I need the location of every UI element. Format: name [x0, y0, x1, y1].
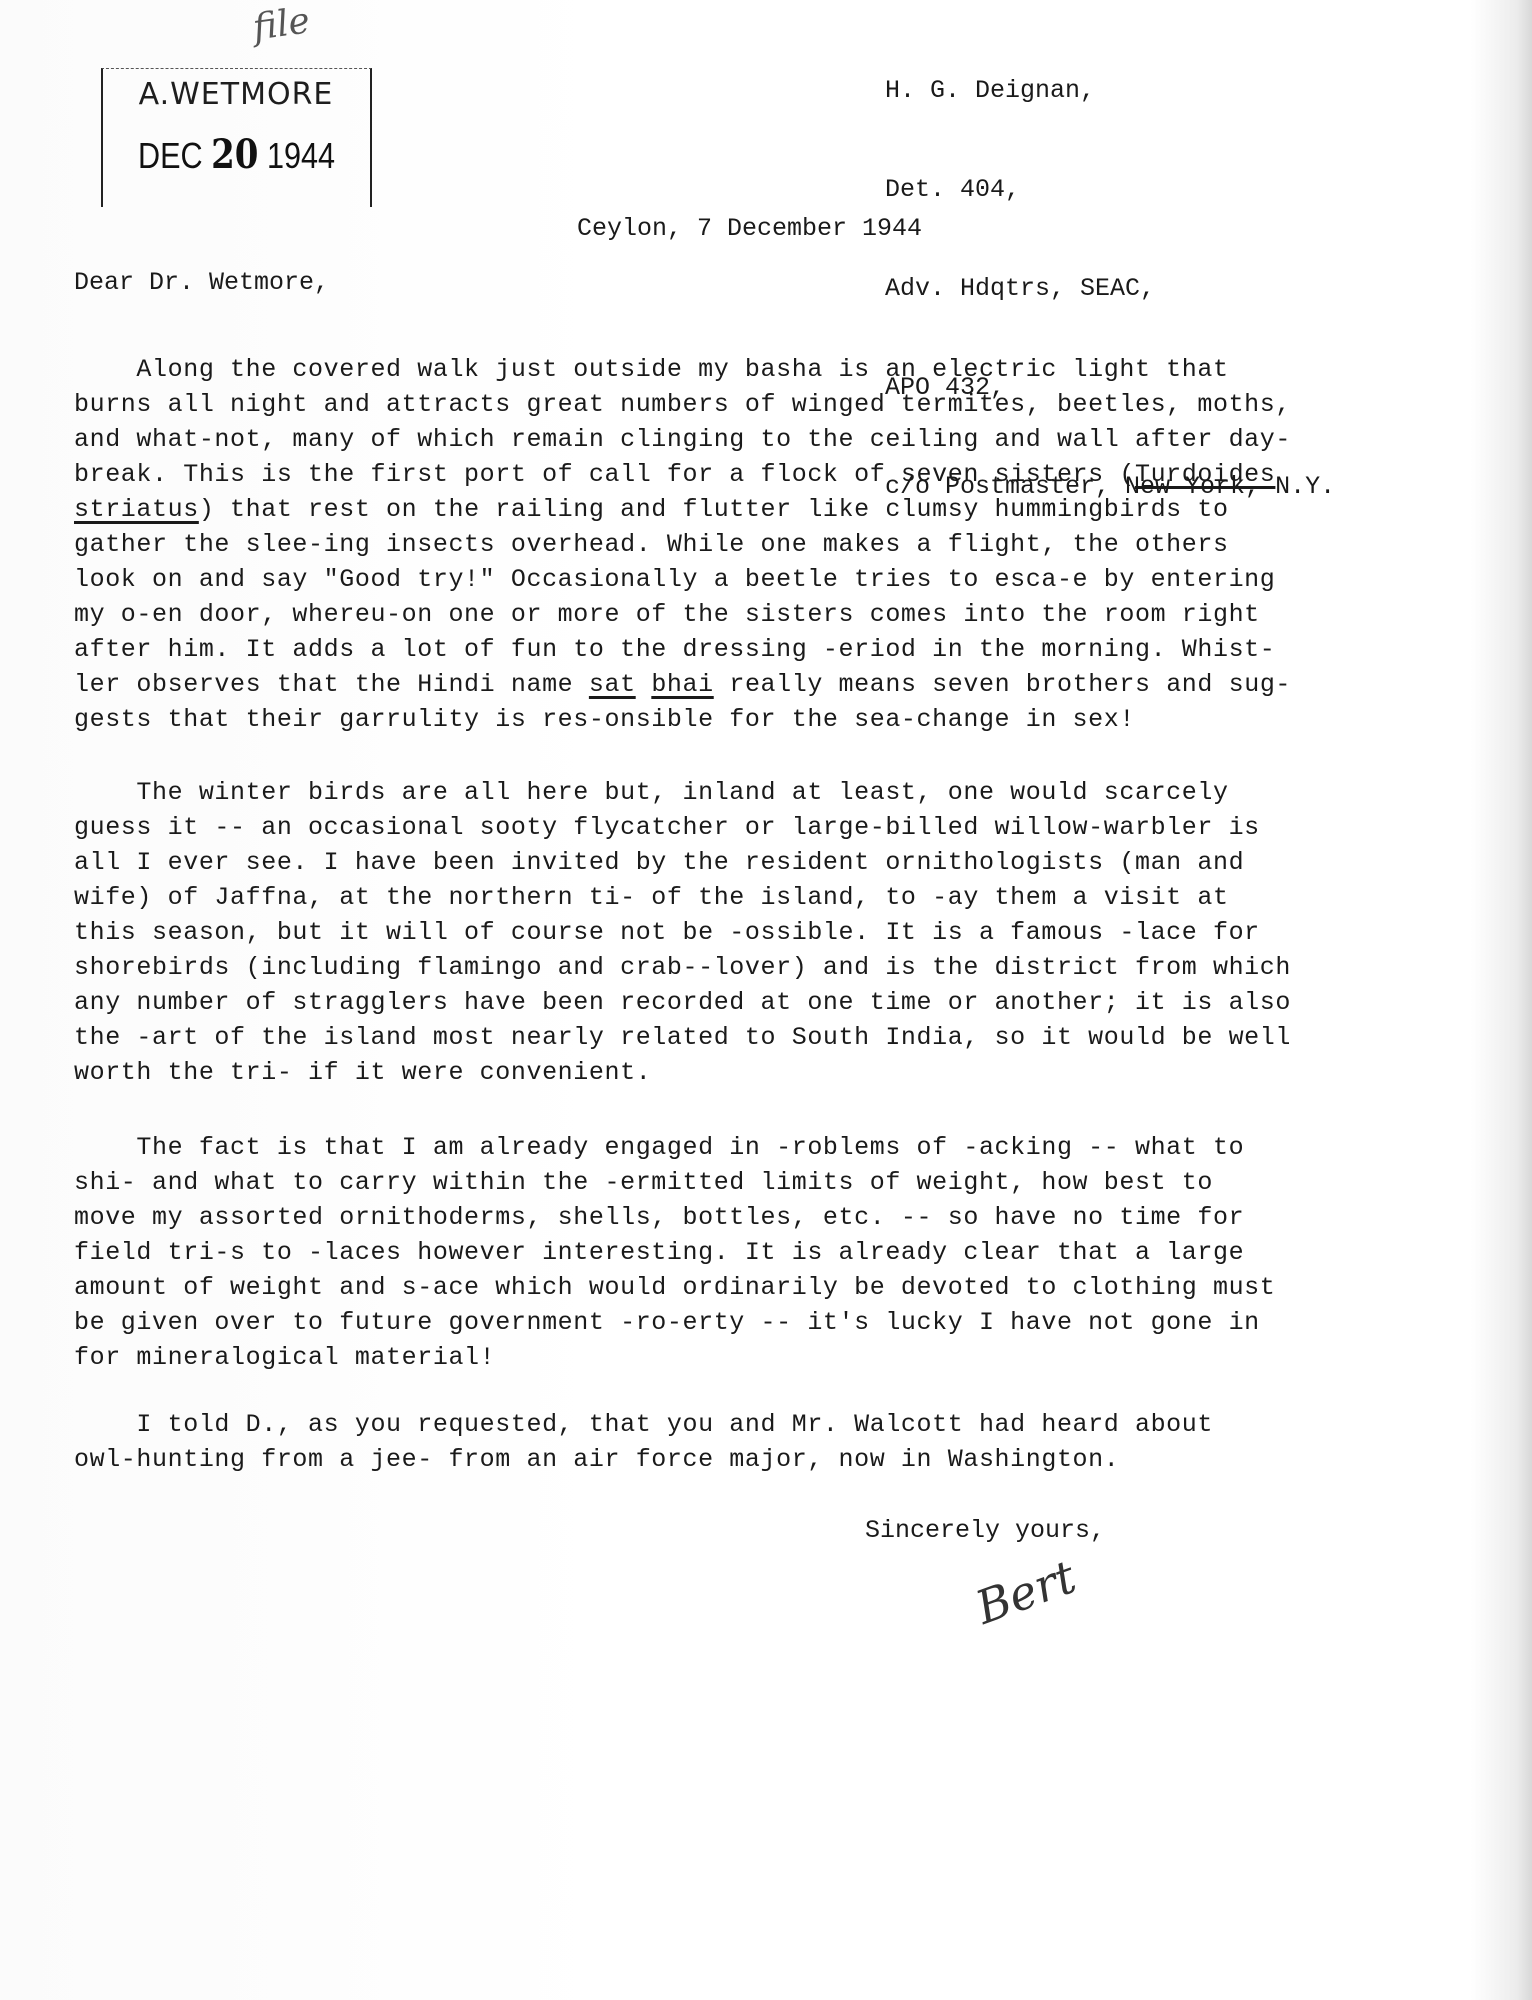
text-line: gather the slee-ing insects overhead. Wh…: [74, 527, 1291, 562]
letter-page: file A.WETMORE DEC 20 1944 H. G. Deignan…: [0, 0, 1532, 2000]
received-stamp: A.WETMORE DEC 20 1944: [101, 68, 372, 207]
text-line: owl-hunting from a jee- from an air forc…: [74, 1442, 1213, 1477]
text-line: and what-not, many of which remain cling…: [74, 422, 1291, 457]
letter-dateline: Ceylon, 7 December 1944: [577, 214, 922, 243]
underlined-term: sat: [589, 670, 636, 699]
signature: Bert: [969, 1549, 1083, 1634]
text-line: The winter birds are all here but, inlan…: [74, 775, 1291, 810]
text-line: The fact is that I am already engaged in…: [74, 1130, 1275, 1165]
text-line: amount of weight and s-ace which would o…: [74, 1270, 1275, 1305]
text-line: any number of stragglers have been recor…: [74, 985, 1291, 1020]
stamp-date: DEC 20 1944: [123, 131, 350, 178]
paragraph-4: I told D., as you requested, that you an…: [74, 1407, 1213, 1477]
closing: Sincerely yours,: [865, 1516, 1105, 1545]
paragraph-3: The fact is that I am already engaged in…: [74, 1130, 1275, 1375]
underlined-term: bhai: [651, 670, 713, 699]
underlined-term: striatus: [74, 495, 199, 524]
text-line: gests that their garrulity is res-onsibl…: [74, 702, 1291, 737]
text-line: be given over to future government -ro-e…: [74, 1305, 1275, 1340]
stamp-year: 1944: [267, 135, 335, 176]
stamp-recipient-name: A.WETMORE: [111, 77, 361, 112]
text-line: ler observes that the Hindi name sat bha…: [74, 667, 1291, 702]
text-line: worth the tri- if it were convenient.: [74, 1055, 1291, 1090]
text-line: the -art of the island most nearly relat…: [74, 1020, 1291, 1055]
stamp-month: DEC: [138, 135, 203, 176]
underlined-term: Turdoides: [1135, 460, 1275, 489]
text-line: after him. It adds a lot of fun to the d…: [74, 632, 1291, 667]
text-line: my o-en door, whereu-on one or more of t…: [74, 597, 1291, 632]
text-line: guess it -- an occasional sooty flycatch…: [74, 810, 1291, 845]
paragraph-1: Along the covered walk just outside my b…: [74, 352, 1291, 737]
text-line: all I ever see. I have been invited by t…: [74, 845, 1291, 880]
stamp-day: 20: [211, 131, 258, 178]
paragraph-2: The winter birds are all here but, inlan…: [74, 775, 1291, 1090]
text-line: for mineralogical material!: [74, 1340, 1275, 1375]
sender-line: H. G. Deignan,: [885, 74, 1335, 107]
text-line: this season, but it will of course not b…: [74, 915, 1291, 950]
sender-line: Adv. Hdqtrs, SEAC,: [885, 272, 1335, 305]
sender-line: Det. 404,: [885, 173, 1335, 206]
text-line: move my assorted ornithoderms, shells, b…: [74, 1200, 1275, 1235]
salutation: Dear Dr. Wetmore,: [74, 268, 329, 297]
text-line: field tri-s to -laces however interestin…: [74, 1235, 1275, 1270]
text-line: striatus) that rest on the railing and f…: [74, 492, 1291, 527]
text-line: shorebirds (including flamingo and crab-…: [74, 950, 1291, 985]
text-line: Along the covered walk just outside my b…: [74, 352, 1291, 387]
text-line: shi- and what to carry within the -ermit…: [74, 1165, 1275, 1200]
text-line: burns all night and attracts great numbe…: [74, 387, 1291, 422]
text-line: look on and say "Good try!" Occasionally…: [74, 562, 1291, 597]
text-line: break. This is the first port of call fo…: [74, 457, 1291, 492]
text-line: wife) of Jaffna, at the northern ti- of …: [74, 880, 1291, 915]
handwritten-file-note: file: [250, 0, 312, 49]
text-line: I told D., as you requested, that you an…: [74, 1407, 1213, 1442]
